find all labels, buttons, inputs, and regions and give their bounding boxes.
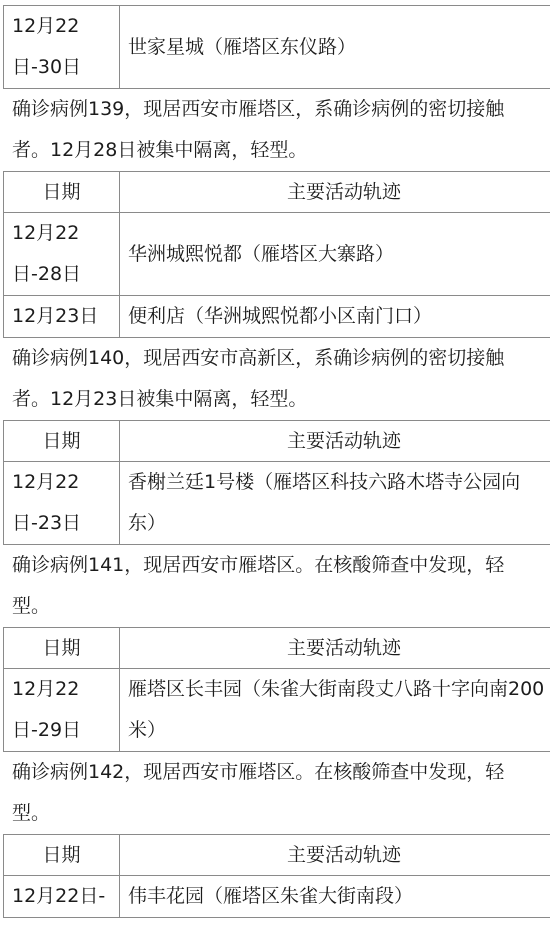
date-cell: 12月22日- bbox=[4, 876, 120, 918]
table-row: 12月22日-30日 世家星城（雁塔区东仪路） bbox=[4, 6, 550, 89]
table-header-row: 日期 主要活动轨迹 bbox=[4, 172, 550, 213]
table-row: 12月22日-28日 华洲城熙悦都（雁塔区大寨路） bbox=[4, 213, 550, 296]
place-cell: 世家星城（雁塔区东仪路） bbox=[120, 6, 550, 89]
table-header-row: 日期 主要活动轨迹 bbox=[4, 835, 550, 876]
track-column-header: 主要活动轨迹 bbox=[120, 628, 550, 669]
date-column-header: 日期 bbox=[4, 835, 120, 876]
place-cell: 伟丰花园（雁塔区朱雀大街南段） bbox=[120, 876, 550, 918]
table-row: 12月22日-23日 香榭兰廷1号楼（雁塔区科技六路木塔寺公园向东） bbox=[4, 462, 550, 545]
trajectory-table-case-139: 日期 主要活动轨迹 12月22日-28日 华洲城熙悦都（雁塔区大寨路） 12月2… bbox=[3, 171, 550, 338]
track-column-header: 主要活动轨迹 bbox=[120, 421, 550, 462]
trajectory-table-case-140: 日期 主要活动轨迹 12月22日-23日 香榭兰廷1号楼（雁塔区科技六路木塔寺公… bbox=[3, 420, 550, 545]
trajectory-table-case-141: 日期 主要活动轨迹 12月22日-29日 雁塔区长丰园（朱雀大街南段丈八路十字向… bbox=[3, 627, 550, 752]
document-page: 12月22日-30日 世家星城（雁塔区东仪路） 确诊病例139，现居西安市雁塔区… bbox=[0, 0, 550, 918]
place-cell: 华洲城熙悦都（雁塔区大寨路） bbox=[120, 213, 550, 296]
trajectory-table-case-142: 日期 主要活动轨迹 12月22日- 伟丰花园（雁塔区朱雀大街南段） bbox=[3, 834, 550, 918]
track-column-header: 主要活动轨迹 bbox=[120, 835, 550, 876]
date-cell: 12月22日-28日 bbox=[4, 213, 120, 296]
table-row: 12月22日- 伟丰花园（雁塔区朱雀大街南段） bbox=[4, 876, 550, 918]
table-row: 12月22日-29日 雁塔区长丰园（朱雀大街南段丈八路十字向南200米） bbox=[4, 669, 550, 752]
track-column-header: 主要活动轨迹 bbox=[120, 172, 550, 213]
case-139-description: 确诊病例139，现居西安市雁塔区，系确诊病例的密切接触者。12月28日被集中隔离… bbox=[0, 89, 542, 171]
date-column-header: 日期 bbox=[4, 172, 120, 213]
trajectory-table-case-138: 12月22日-30日 世家星城（雁塔区东仪路） bbox=[3, 5, 550, 89]
date-cell: 12月22日-30日 bbox=[4, 6, 120, 89]
date-cell: 12月22日-23日 bbox=[4, 462, 120, 545]
date-cell: 12月23日 bbox=[4, 296, 120, 338]
place-cell: 雁塔区长丰园（朱雀大街南段丈八路十字向南200米） bbox=[120, 669, 550, 752]
place-cell: 便利店（华洲城熙悦都小区南门口） bbox=[120, 296, 550, 338]
table-row: 12月23日 便利店（华洲城熙悦都小区南门口） bbox=[4, 296, 550, 338]
table-header-row: 日期 主要活动轨迹 bbox=[4, 421, 550, 462]
date-column-header: 日期 bbox=[4, 628, 120, 669]
date-column-header: 日期 bbox=[4, 421, 120, 462]
case-140-description: 确诊病例140，现居西安市高新区，系确诊病例的密切接触者。12月23日被集中隔离… bbox=[0, 338, 542, 420]
case-141-description: 确诊病例141，现居西安市雁塔区。在核酸筛查中发现，轻型。 bbox=[0, 545, 542, 627]
place-cell: 香榭兰廷1号楼（雁塔区科技六路木塔寺公园向东） bbox=[120, 462, 550, 545]
table-header-row: 日期 主要活动轨迹 bbox=[4, 628, 550, 669]
case-142-description: 确诊病例142，现居西安市雁塔区。在核酸筛查中发现，轻型。 bbox=[0, 752, 542, 834]
date-cell: 12月22日-29日 bbox=[4, 669, 120, 752]
